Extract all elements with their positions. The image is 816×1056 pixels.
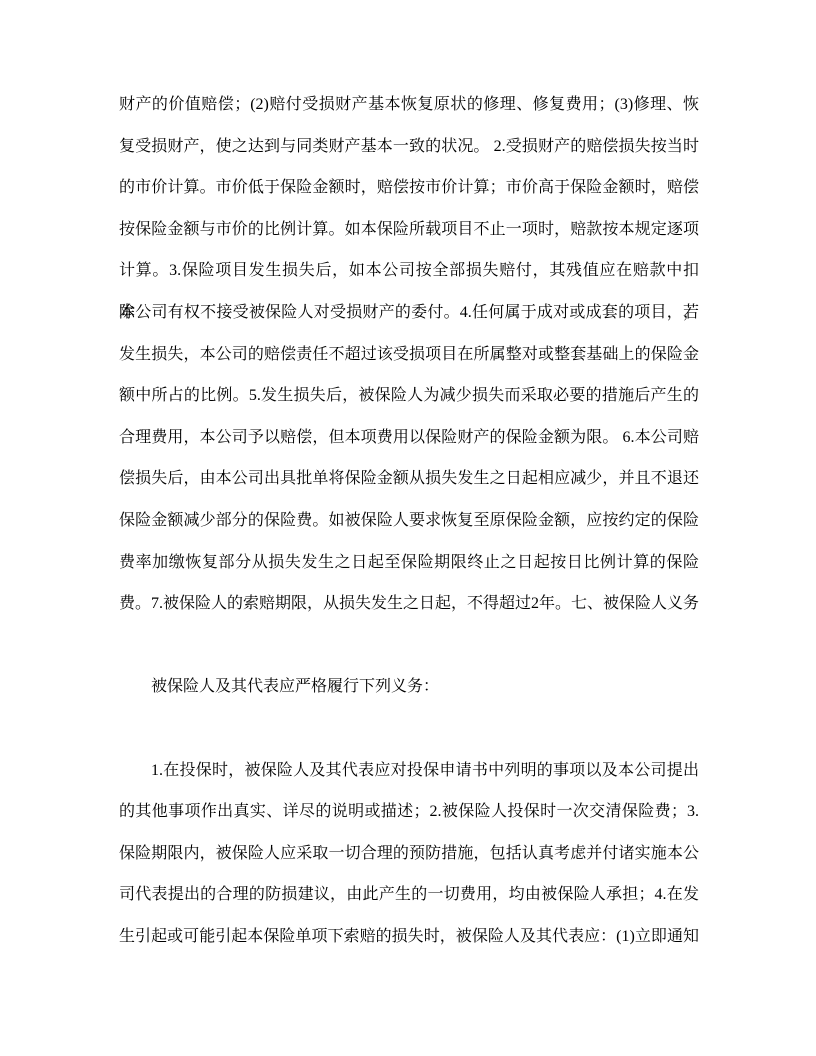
text-line: 1.在投保时，被保险人及其代表应对投保申请书中列明的事项以及本公司提出 xyxy=(119,750,699,792)
text-line: 的市价计算。市价低于保险金额时，赔偿按市价计算；市价高于保险金额时，赔偿 xyxy=(119,167,699,209)
text-line: 发生损失，本公司的赔偿责任不超过该受损项目在所属整对或整套基础上的保险金 xyxy=(119,334,699,376)
text-line: 被保险人及其代表应严格履行下列义务： xyxy=(119,666,699,708)
paragraph-obligations-intro: 被保险人及其代表应严格履行下列义务： xyxy=(119,666,699,708)
paragraph-spacer xyxy=(119,625,699,667)
text-line: 保险期限内，被保险人应采取一切合理的预防措施，包括认真考虑并付诸实施本公 xyxy=(119,833,699,875)
text-line: 偿损失后，由本公司出具批单将保险金额从损失发生之日起相应减少，并且不退还 xyxy=(119,458,699,500)
text-line: 按保险金额与市价的比例计算。如本保险所载项目不止一项时，赔款按本规定逐项 xyxy=(119,209,699,251)
text-line: 费率加缴恢复部分从损失发生之日起至保险期限终止之日起按日比例计算的保险 xyxy=(119,542,699,584)
text-line: 生引起或可能引起本保险单项下索赔的损失时，被保险人及其代表应：(1)立即通知 xyxy=(119,916,699,958)
text-line: 本公司有权不接受被保险人对受损财产的委付。4.任何属于成对或成套的项目，若 xyxy=(119,292,699,334)
paragraph-obligations-list: 1.在投保时，被保险人及其代表应对投保申请书中列明的事项以及本公司提出 的其他事… xyxy=(119,750,699,958)
text-column: 财产的价值赔偿；(2)赔付受损财产基本恢复原状的修理、修复费用；(3)修理、恢 … xyxy=(119,84,699,957)
document-page: 财产的价值赔偿；(2)赔付受损财产基本恢复原状的修理、修复费用；(3)修理、恢 … xyxy=(0,0,816,1056)
text-line: 的其他事项作出真实、详尽的说明或描述；2.被保险人投保时一次交清保险费；3. xyxy=(119,791,699,833)
paragraph-spacer xyxy=(119,708,699,750)
text-line: 财产的价值赔偿；(2)赔付受损财产基本恢复原状的修理、修复费用；(3)修理、恢 xyxy=(119,84,699,126)
text-line: 额中所占的比例。5.发生损失后，被保险人为减少损失而采取必要的措施后产生的 xyxy=(119,375,699,417)
paragraph-compensation-terms: 财产的价值赔偿；(2)赔付受损财产基本恢复原状的修理、修复费用；(3)修理、恢 … xyxy=(119,84,699,625)
text-line: 复受损财产，使之达到与同类财产基本一致的状况。 2.受损财产的赔偿损失按当时 xyxy=(119,126,699,168)
text-line: 保险金额减少部分的保险费。如被保险人要求恢复至原保险金额，应按约定的保险 xyxy=(119,500,699,542)
text-line: 合理费用，本公司予以赔偿，但本项费用以保险财产的保险金额为限。 6.本公司赔 xyxy=(119,417,699,459)
text-line: 费。7.被保险人的索赔期限，从损失发生之日起，不得超过2年。七、被保险人义务 xyxy=(119,583,699,625)
text-line: 司代表提出的合理的防损建议，由此产生的一切费用，均由被保险人承担；4.在发 xyxy=(119,874,699,916)
text-line: 计算。3.保险项目发生损失后，如本公司按全部损失赔付，其残值应在赔款中扣除， xyxy=(119,250,699,292)
